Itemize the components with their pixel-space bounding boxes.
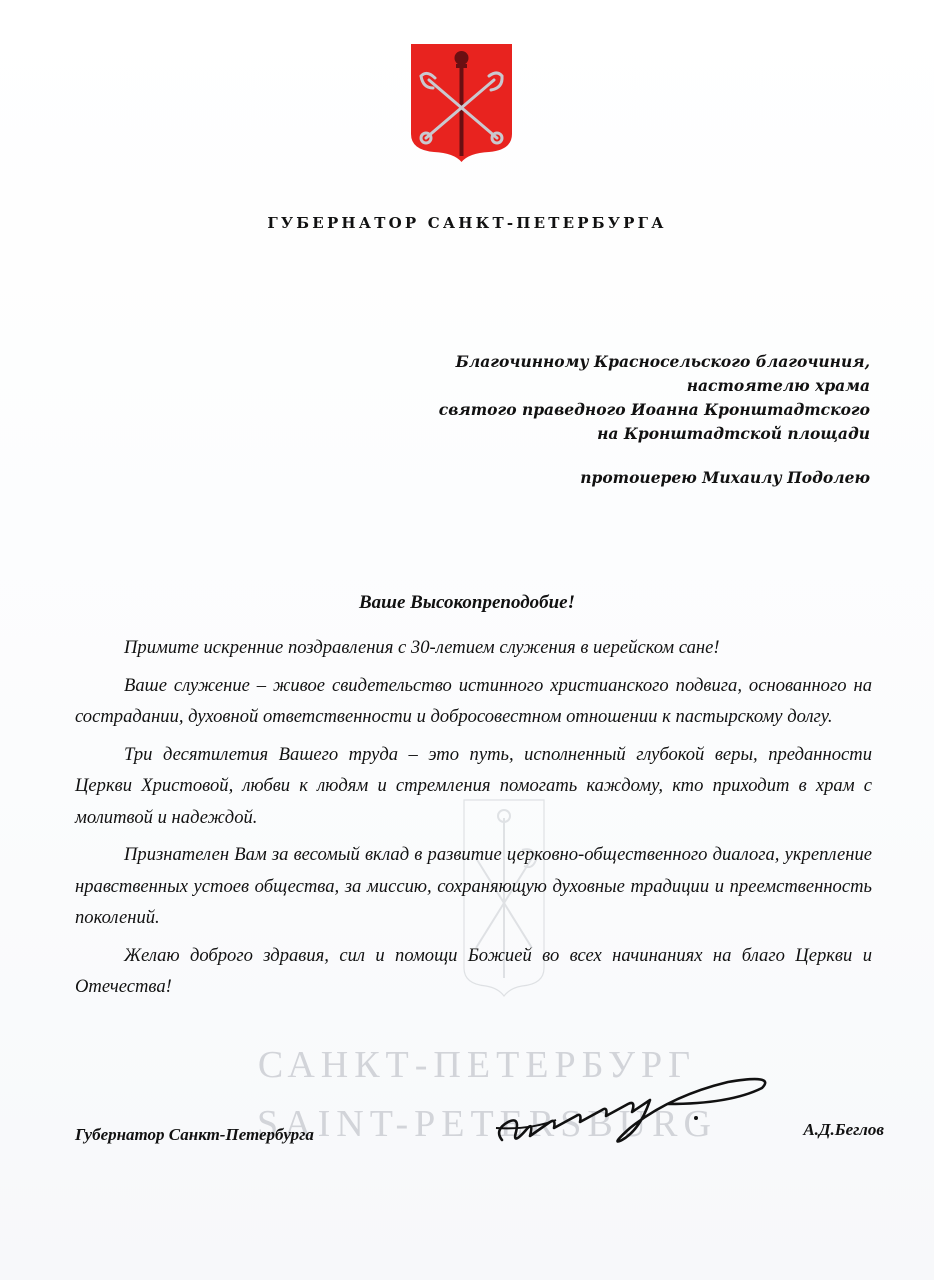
salutation: Ваше Высокопреподобие! [0,592,934,614]
addressee-line: на Кронштадтской площади [350,422,870,446]
watermark-text-ru: САНКТ-ПЕТЕРБУРГ [10,1043,934,1087]
addressee-block: Благочинному Красносельского благочиния,… [350,350,870,490]
coat-of-arms-icon [409,42,514,163]
addressee-line: настоятелю храма [350,374,870,398]
paragraph: Ваше служение – живое свидетельство исти… [75,670,872,733]
letter-page: ГУБЕРНАТОР САНКТ-ПЕТЕРБУРГА Благочинному… [0,0,934,1280]
letter-body: Примите искренние поздравления с 30-лети… [75,632,872,1003]
signer-name: А.Д.Беглов [803,1120,884,1140]
paragraph: Признателен Вам за весомый вклад в разви… [75,839,872,934]
signature-icon [490,1070,790,1150]
paragraph: Желаю доброго здравия, сил и помощи Божи… [75,940,872,1003]
paragraph: Примите искренние поздравления с 30-лети… [75,632,872,664]
addressee-line: Благочинному Красносельского благочиния, [350,350,870,374]
addressee-line: святого праведного Иоанна Кронштадтского [350,398,870,422]
paragraph: Три десятилетия Вашего труда – это путь,… [75,739,872,834]
signer-title: Губернатор Санкт-Петербурга [75,1125,314,1145]
addressee-name: протоиерею Михаилу Подолею [350,466,870,490]
issuer-title: ГУБЕРНАТОР САНКТ-ПЕТЕРБУРГА [0,214,934,232]
